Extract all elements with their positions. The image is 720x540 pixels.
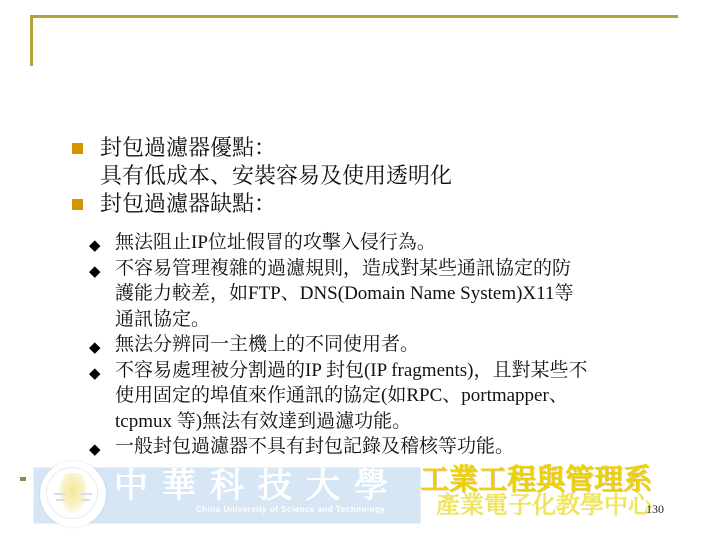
university-name-en: China University of Science and Technolo… <box>196 505 422 514</box>
bullet-text: 封包過濾器優點： <box>100 135 276 160</box>
list-item: 封包過濾器缺點： <box>60 190 680 218</box>
bullet-text: 一般封包過濾器不具有封包記錄及稽核等功能。 <box>115 436 514 457</box>
bullet-list-level1: 封包過濾器優點： 具有低成本、安裝容易及使用透明化 封包過濾器缺點： <box>60 134 680 218</box>
square-bullet-icon <box>72 199 83 210</box>
bullet-text: 封包過濾器缺點： <box>100 191 276 216</box>
seal-mark <box>56 499 65 501</box>
list-item: ◆ 無法阻止IP位址假冒的攻擊入侵行為。 <box>88 230 588 256</box>
university-seal-icon <box>40 461 106 527</box>
list-item: ◆ 無法分辨同一主機上的不同使用者。 <box>88 332 588 358</box>
diamond-bullet-icon: ◆ <box>89 259 101 285</box>
seal-mark <box>80 493 92 495</box>
bullet-list-level2: ◆ 無法阻止IP位址假冒的攻擊入侵行為。 ◆ 不容易管理複雜的過濾規則，造成對某… <box>88 230 588 460</box>
diamond-bullet-icon: ◆ <box>89 437 101 463</box>
list-item: 封包過濾器優點： <box>60 134 680 162</box>
title-border-horizontal <box>30 15 678 18</box>
diamond-bullet-icon: ◆ <box>89 361 101 387</box>
square-bullet-icon <box>72 143 83 154</box>
bullet-text: 不容易管理複雜的過濾規則，造成對某些通訊協定的防護能力較差，如FTP、DNS(D… <box>115 258 573 330</box>
list-item: ◆ 不容易處理被分割過的IP 封包(IP fragments)，且對某些不使用固… <box>88 358 588 435</box>
university-name-zh: 中華科技大學 <box>114 468 420 506</box>
page-number: 130 <box>646 502 664 517</box>
list-item: ◆ 一般封包過濾器不具有封包記錄及稽核等功能。 <box>88 434 588 460</box>
seal-mark <box>54 493 66 495</box>
bullet-text: 不容易處理被分割過的IP 封包(IP fragments)，且對某些不使用固定的… <box>115 360 588 432</box>
bullet-text-continuation: 具有低成本、安裝容易及使用透明化 <box>60 162 680 190</box>
department-name: 工業工程與管理系 <box>420 464 710 496</box>
list-item: ◆ 不容易管理複雜的過濾規則，造成對某些通訊協定的防護能力較差，如FTP、DNS… <box>88 256 588 333</box>
bullet-text: 無法分辨同一主機上的不同使用者。 <box>115 334 419 355</box>
title-border-vertical <box>30 15 33 66</box>
seal-mark <box>81 499 90 501</box>
stray-mark <box>20 477 26 481</box>
bullet-text: 無法阻止IP位址假冒的攻擊入侵行為。 <box>115 232 436 253</box>
presentation-slide: 封包過濾器優點： 具有低成本、安裝容易及使用透明化 封包過濾器缺點： ◆ 無法阻… <box>0 0 720 540</box>
